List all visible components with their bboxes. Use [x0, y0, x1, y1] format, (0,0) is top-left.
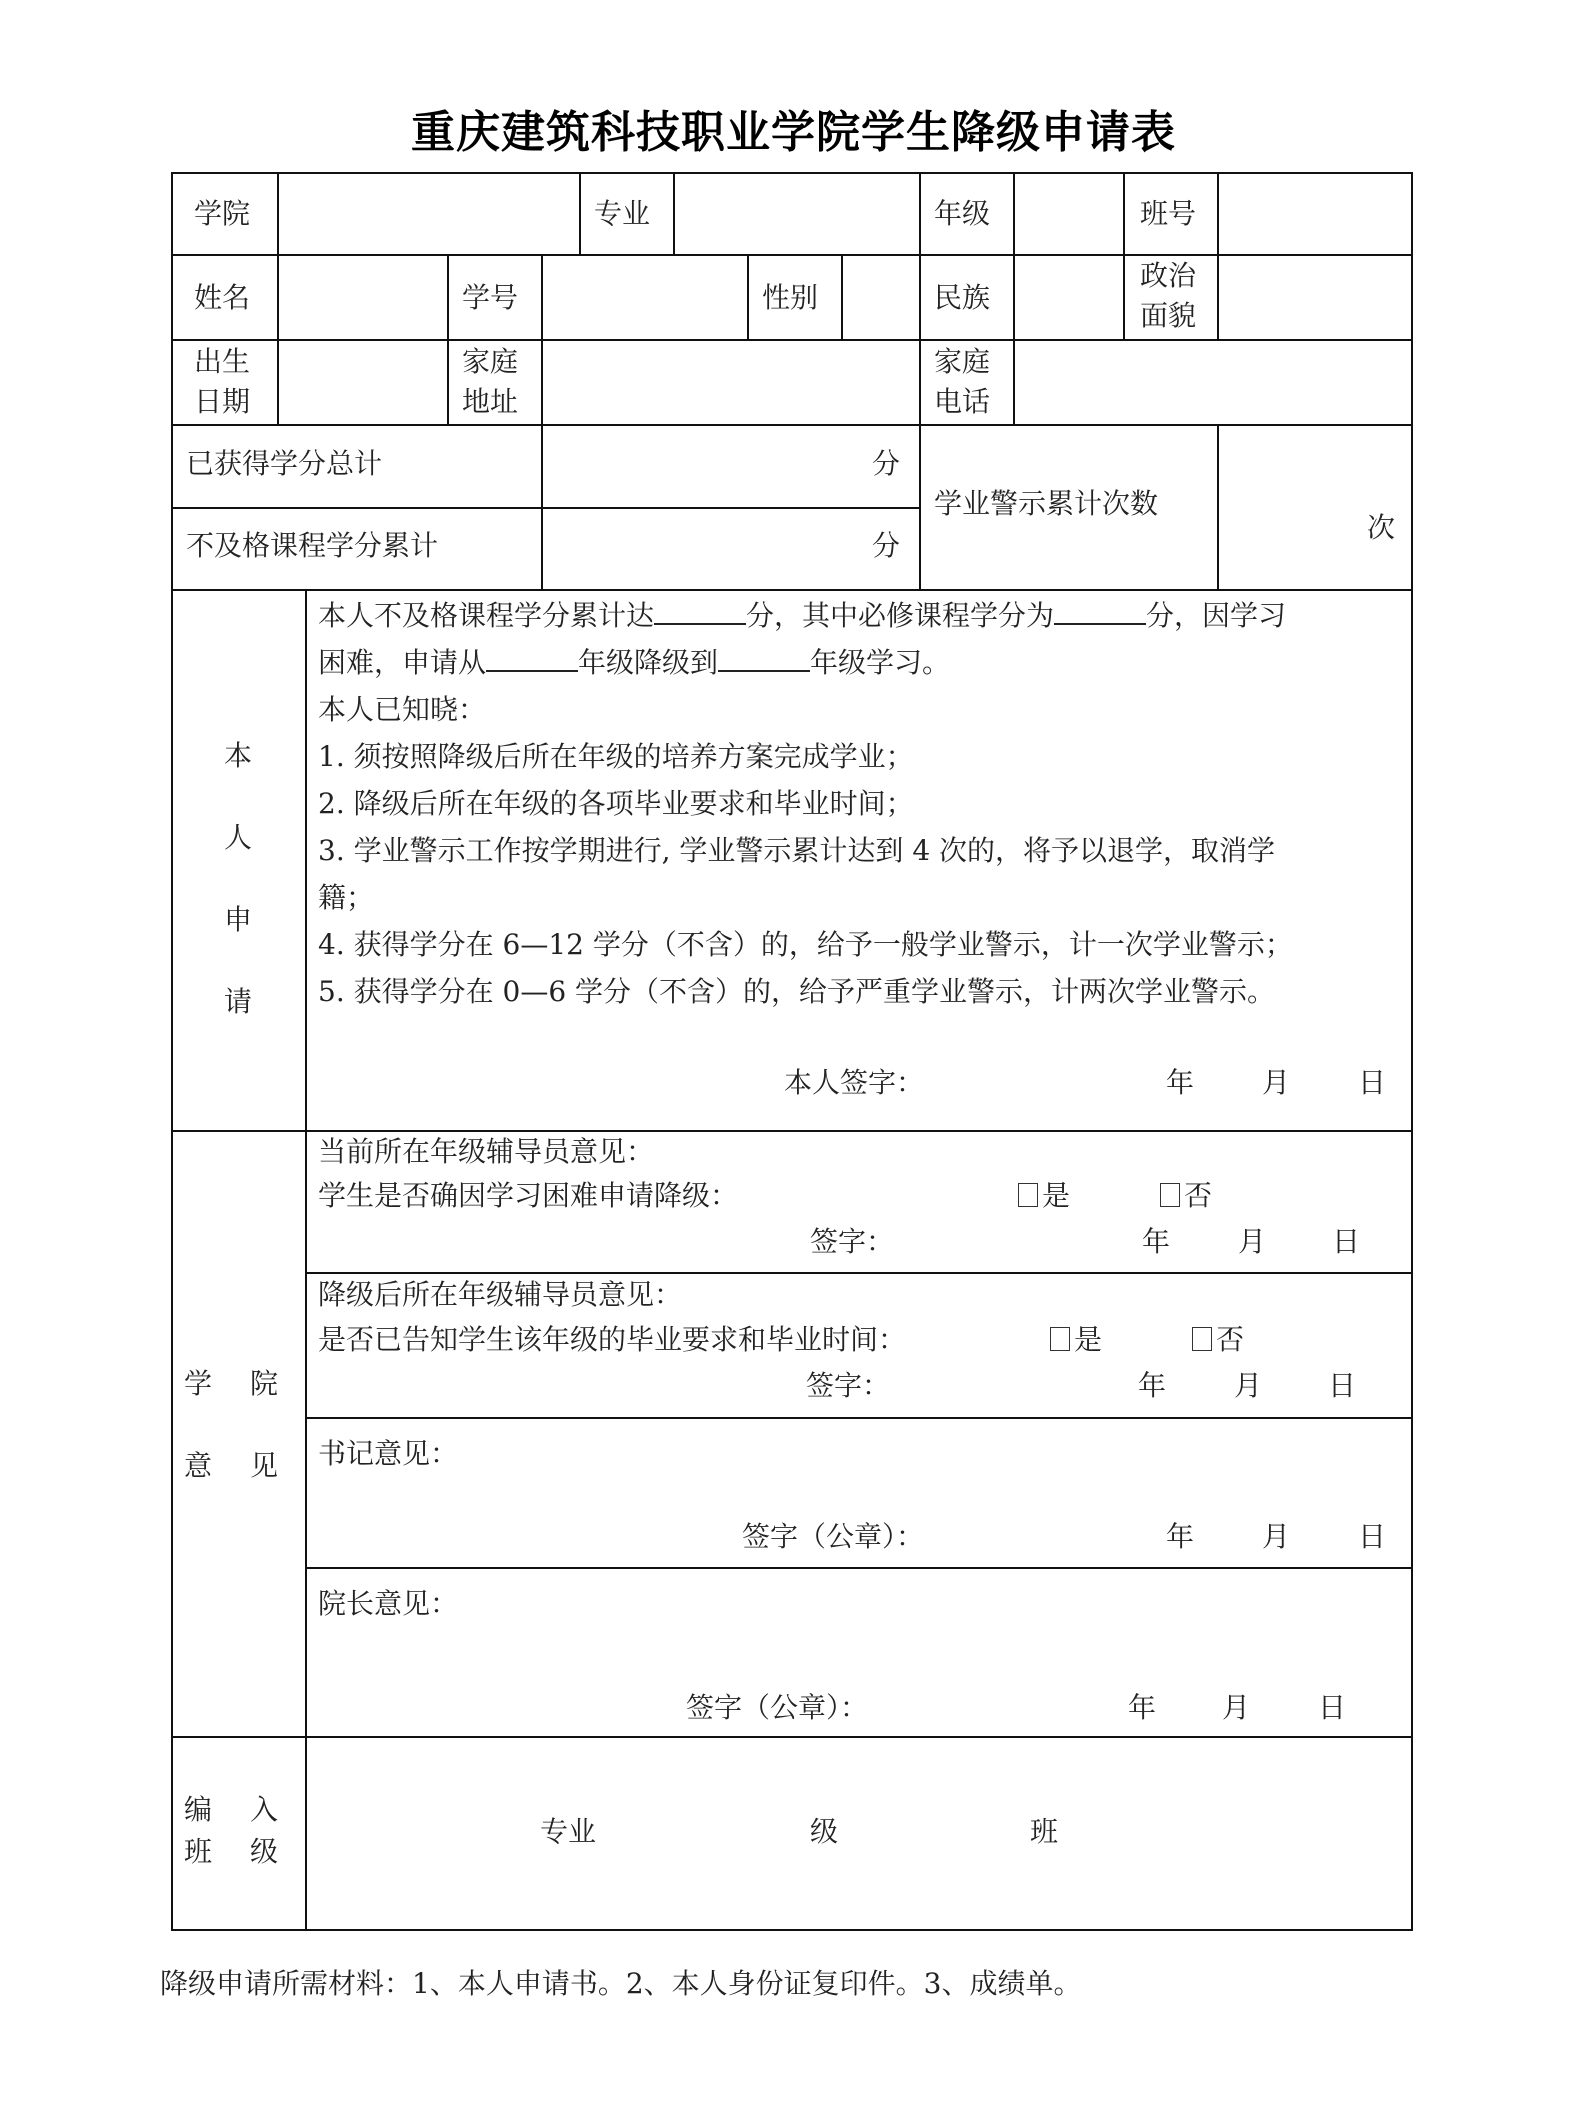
side-char: 见	[250, 1446, 278, 1486]
college-label: 学院	[194, 194, 250, 234]
acknowledgement-item: 4. 获得学分在 6—12 学分（不含）的，给予一般学业警示，计一次学业警示；	[318, 921, 1293, 968]
warning-count-label: 学业警示累计次数	[934, 484, 1158, 524]
new-counselor-no-option[interactable]: 否	[1192, 1320, 1244, 1360]
checkbox-icon[interactable]	[1160, 1183, 1180, 1207]
side-char: 学	[184, 1364, 212, 1404]
assigned-class-field[interactable]	[860, 1800, 1020, 1840]
home-phone-label-line1: 家庭	[934, 342, 990, 382]
home-address-label: 家庭 地址	[462, 342, 518, 422]
acknowledgement-heading: 本人已知晓：	[318, 686, 486, 733]
ethnicity-label: 民族	[934, 278, 990, 318]
home-address-field[interactable]	[543, 341, 919, 424]
checkbox-icon[interactable]	[1018, 1183, 1038, 1207]
new-counselor-question: 是否已告知学生该年级的毕业要求和毕业时间：	[318, 1320, 906, 1360]
date-year-label: 年	[1166, 1517, 1194, 1557]
student-signature-label: 本人签字：	[784, 1063, 924, 1103]
side-char: 级	[250, 1832, 278, 1872]
grade-label: 年级	[934, 194, 990, 234]
side-char: 申	[224, 900, 252, 940]
side-char: 编	[184, 1790, 212, 1830]
grade-field[interactable]	[1015, 174, 1123, 254]
side-char: 入	[250, 1790, 278, 1830]
secretary-opinion-field[interactable]	[318, 1476, 1398, 1514]
failed-credits-label: 不及格课程学分累计	[186, 526, 438, 566]
current-counselor-yes-option[interactable]: 是	[1018, 1176, 1070, 1216]
application-statement-line1: 本人不及格课程学分累计达分，其中必修课程学分为分，因学习	[318, 592, 1286, 639]
acknowledgement-item: 3. 学业警示工作按学期进行, 学业警示累计达到 4 次的，将予以退学，取消学	[318, 827, 1275, 874]
gender-label: 性别	[762, 278, 818, 318]
application-statement-line2: 困难，申请从年级降级到年级学习。	[318, 639, 950, 686]
date-day-label: 日	[1358, 1063, 1386, 1103]
date-month-label: 月	[1238, 1222, 1266, 1262]
no-label: 否	[1216, 1323, 1244, 1356]
assigned-grade-field[interactable]	[620, 1800, 800, 1840]
class-number-label: 班号	[1140, 194, 1196, 234]
political-status-label: 政治 面貌	[1140, 256, 1196, 336]
statement-text: 本人不及格课程学分累计达	[318, 599, 654, 632]
date-day-label: 日	[1332, 1222, 1360, 1262]
student-id-field[interactable]	[543, 256, 747, 339]
yes-label: 是	[1074, 1323, 1102, 1356]
assigned-grade-label: 级	[810, 1812, 838, 1852]
warning-count-unit: 次	[1367, 508, 1395, 548]
birth-date-label: 出生 日期	[194, 342, 250, 422]
from-grade-blank[interactable]	[486, 644, 578, 672]
date-year-label: 年	[1166, 1063, 1194, 1103]
earned-credits-label: 已获得学分总计	[186, 444, 382, 484]
major-field[interactable]	[675, 174, 919, 254]
new-counselor-signature-field[interactable]	[896, 1366, 1116, 1406]
date-month-label: 月	[1262, 1517, 1290, 1557]
side-char: 班	[184, 1832, 212, 1872]
date-day-label: 日	[1328, 1366, 1356, 1406]
form-title: 重庆建筑科技职业学院学生降级申请表	[0, 96, 1587, 160]
name-field[interactable]	[279, 256, 447, 339]
warning-count-field[interactable]	[1219, 426, 1369, 589]
new-counselor-heading: 降级后所在年级辅导员意见：	[318, 1275, 682, 1315]
home-phone-field[interactable]	[1015, 341, 1411, 424]
birth-date-field[interactable]	[279, 341, 447, 424]
required-materials-note: 降级申请所需材料：1、本人申请书。2、本人身份证复印件。3、成绩单。	[160, 1962, 1081, 2002]
ethnicity-field[interactable]	[1015, 256, 1123, 339]
side-char: 本	[224, 736, 252, 776]
dean-opinion-heading: 院长意见：	[318, 1584, 458, 1624]
earned-credits-unit: 分	[872, 444, 900, 484]
political-status-label-line1: 政治	[1140, 256, 1196, 296]
required-credits-blank[interactable]	[1054, 597, 1146, 625]
statement-text: 年级降级到	[578, 646, 718, 679]
name-label: 姓名	[194, 278, 250, 318]
date-year-label: 年	[1138, 1366, 1166, 1406]
class-number-field[interactable]	[1219, 174, 1411, 254]
date-day-label: 日	[1318, 1688, 1346, 1728]
dean-signature-field[interactable]	[900, 1688, 1120, 1728]
political-status-field[interactable]	[1219, 256, 1411, 339]
earned-credits-field[interactable]	[543, 426, 873, 507]
student-id-label: 学号	[462, 278, 518, 318]
assigned-class-label: 班	[1030, 1812, 1058, 1852]
dean-signature-label: 签字（公章）：	[686, 1688, 868, 1728]
side-char: 人	[224, 818, 252, 858]
home-phone-label-line2: 电话	[934, 382, 990, 422]
secretary-opinion-heading: 书记意见：	[318, 1434, 458, 1474]
date-day-label: 日	[1358, 1517, 1386, 1557]
side-char: 院	[250, 1364, 278, 1404]
home-phone-label: 家庭 电话	[934, 342, 990, 422]
political-status-label-line2: 面貌	[1140, 296, 1196, 336]
failed-credits-unit: 分	[872, 526, 900, 566]
secretary-signature-label: 签字（公章）：	[742, 1517, 924, 1557]
date-year-label: 年	[1142, 1222, 1170, 1262]
statement-text: 年级学习。	[810, 646, 950, 679]
assigned-major-label: 专业	[540, 1812, 596, 1852]
current-counselor-signature-field[interactable]	[900, 1222, 1120, 1262]
student-signature-field[interactable]	[930, 1063, 1150, 1103]
date-year-label: 年	[1128, 1688, 1156, 1728]
college-field[interactable]	[279, 174, 579, 254]
home-address-label-line2: 地址	[462, 382, 518, 422]
birth-date-label-line2: 日期	[194, 382, 250, 422]
side-char: 意	[184, 1446, 212, 1486]
acknowledgement-item: 2. 降级后所在年级的各项毕业要求和毕业时间；	[318, 780, 914, 827]
acknowledgement-item: 5. 获得学分在 0—6 学分（不含）的，给予严重学业警示，计两次学业警示。	[318, 968, 1275, 1015]
failed-credits-field[interactable]	[543, 509, 873, 589]
date-month-label: 月	[1222, 1688, 1250, 1728]
statement-text: 困难，申请从	[318, 646, 486, 679]
current-counselor-heading: 当前所在年级辅导员意见：	[318, 1132, 654, 1172]
checkbox-icon[interactable]	[1192, 1327, 1212, 1351]
acknowledgement-item: 籍；	[318, 874, 374, 921]
current-counselor-question: 学生是否确因学习困难申请降级：	[318, 1176, 738, 1216]
home-address-label-line1: 家庭	[462, 342, 518, 382]
checkbox-icon[interactable]	[1050, 1327, 1070, 1351]
birth-date-label-line1: 出生	[194, 342, 250, 382]
failed-credits-blank[interactable]	[654, 597, 746, 625]
date-month-label: 月	[1262, 1063, 1290, 1103]
statement-text: 分，其中必修课程学分为	[746, 599, 1054, 632]
assigned-major-field[interactable]	[330, 1800, 530, 1840]
to-grade-blank[interactable]	[718, 644, 810, 672]
current-counselor-signature-label: 签字：	[810, 1222, 894, 1262]
dean-opinion-field[interactable]	[318, 1628, 1398, 1688]
acknowledgement-item: 1. 须按照降级后所在年级的培养方案完成学业；	[318, 733, 914, 780]
no-label: 否	[1184, 1179, 1212, 1212]
secretary-signature-field[interactable]	[960, 1517, 1150, 1557]
yes-label: 是	[1042, 1179, 1070, 1212]
date-month-label: 月	[1234, 1366, 1262, 1406]
statement-text: 分，因学习	[1146, 599, 1286, 632]
major-label: 专业	[594, 194, 650, 234]
new-counselor-yes-option[interactable]: 是	[1050, 1320, 1102, 1360]
new-counselor-signature-label: 签字：	[806, 1366, 890, 1406]
current-counselor-no-option[interactable]: 否	[1160, 1176, 1212, 1216]
gender-field[interactable]	[843, 256, 919, 339]
side-char: 请	[224, 982, 252, 1022]
